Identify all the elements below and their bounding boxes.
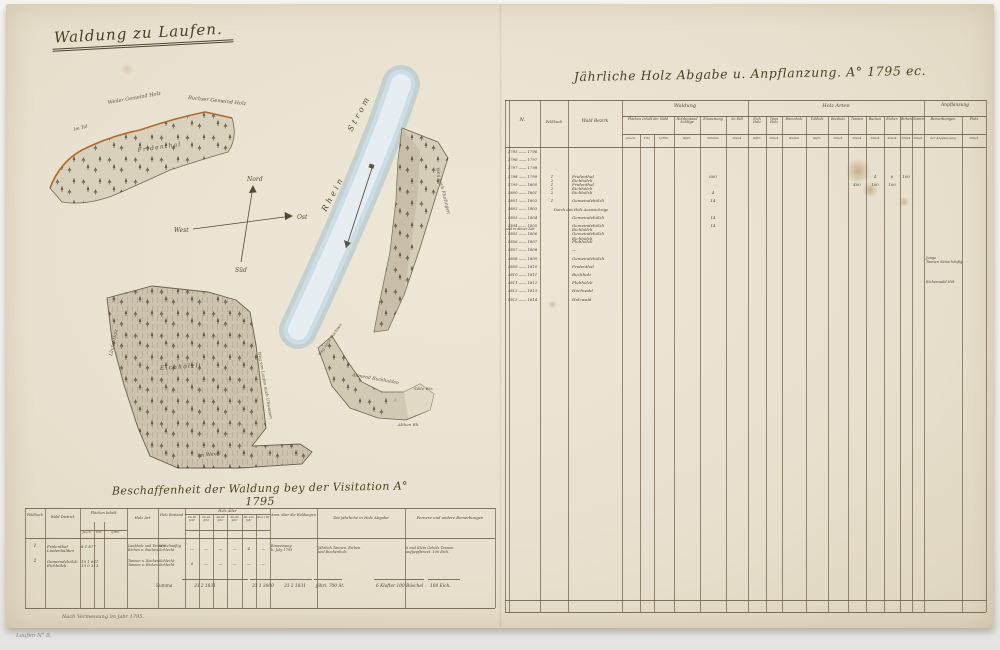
col-header: Die jährliche in Holz Abgabe xyxy=(317,516,405,520)
sub-header: So Fall xyxy=(727,118,747,121)
table-rule xyxy=(726,116,727,612)
sub-header: Tannen xyxy=(849,118,865,121)
unit-header: Jauch. xyxy=(80,531,94,534)
table-rule xyxy=(700,116,701,612)
remark-note: Junge Tannen Säme häufig xyxy=(926,257,960,265)
sub-header: Holzbestand Schläge xyxy=(675,118,699,125)
group-header: Holz Arten xyxy=(748,104,924,110)
value-cell: — xyxy=(213,547,227,551)
district-name: — xyxy=(572,248,622,253)
value-cell: Laubholz und Tannen Eichen u. Buchen xyxy=(128,545,158,553)
scan-background: Strom Rhein Weiler Gemeind Holz Buchser … xyxy=(0,0,1000,650)
value-cell: — xyxy=(256,547,270,551)
district-name: Gemeindehölzli xyxy=(572,257,622,262)
value-cell: — xyxy=(228,562,242,566)
year-range: 1813 —— 1814 xyxy=(506,298,539,302)
sub-header: Einweisung xyxy=(701,118,725,121)
value-cell: 100 xyxy=(866,183,884,187)
unit-header: Klftr. xyxy=(806,137,828,140)
year-range: 1810 —— 1811 xyxy=(506,273,539,277)
col-header: Holz Bestand xyxy=(158,514,185,518)
unit-header: der Anpflanzung xyxy=(925,137,961,140)
year-range: 1800 —— 1801 xyxy=(506,191,539,195)
sum-cell: 33 2 1831 xyxy=(284,585,306,590)
table-rule xyxy=(654,134,655,612)
sub-header: Bemerkungen xyxy=(925,118,961,122)
sub-header: Eichen xyxy=(885,118,899,121)
sub-header: bis 20 Jahr xyxy=(185,516,199,522)
group-header: Holz Alter xyxy=(185,509,270,513)
table-rule xyxy=(766,116,767,612)
value-cell: 14 xyxy=(704,199,722,203)
table-rule xyxy=(505,612,986,613)
sub-header: Birken xyxy=(901,118,911,121)
feldbuch-no: 2 xyxy=(544,191,560,195)
district-name: Fridenthal Lindenhalden xyxy=(47,545,81,554)
table-rule xyxy=(185,508,186,608)
sub-header: 60–80 Jahr xyxy=(228,516,242,522)
table-rule xyxy=(127,508,128,608)
row-note: Durch das Holz Auswüchsige xyxy=(540,208,622,212)
table-rule xyxy=(314,579,342,580)
table-rule xyxy=(270,508,271,608)
table-rule xyxy=(250,579,312,580)
table-rule xyxy=(25,608,495,609)
value-cell: — xyxy=(213,562,227,566)
sum-cell: 6 Klafter 100 Büschel xyxy=(376,585,423,590)
table-rule xyxy=(405,508,406,608)
year-range: 1807 —— 1808 xyxy=(506,248,539,252)
year-range: 1802 —— 1803 xyxy=(506,207,539,211)
table-rule xyxy=(866,116,867,612)
sum-cell: jährl. 700 St. xyxy=(316,585,344,590)
table-rule xyxy=(227,514,228,608)
sub-header: Buchen xyxy=(867,118,883,121)
value-cell: 14 xyxy=(704,224,722,228)
sum-cell: 33 2 1831 xyxy=(194,585,216,590)
year-range: 1799 —— 1800 xyxy=(506,183,539,187)
table-rule xyxy=(806,116,807,612)
value-cell: — xyxy=(256,562,270,566)
sub-header: über 100 xyxy=(256,516,270,519)
table-rule xyxy=(428,579,460,580)
table-rule xyxy=(505,600,986,601)
col-header: Wald Bezirk xyxy=(568,120,622,125)
sub-header: Flächen Inhalt der Wald xyxy=(623,118,673,121)
table-rule xyxy=(782,116,783,612)
year-range: 1806 —— 1807 xyxy=(506,240,539,244)
sum-cell: 33 1 3000 xyxy=(252,585,274,590)
unit-header: Stück xyxy=(848,137,866,140)
remark-note: Eichenwald Höl. xyxy=(926,281,960,285)
feldbuch-no: 1 xyxy=(544,199,560,203)
district-name: Fluhhölzli xyxy=(572,281,622,286)
row-number: 1 xyxy=(27,545,43,550)
sub-header: Reisholz xyxy=(829,118,847,121)
table-rule xyxy=(884,116,885,612)
table-rule xyxy=(540,100,541,612)
district-name: Holzwald xyxy=(572,298,622,303)
district-name: Gemeindehölzli xyxy=(572,199,622,204)
unit-header: Wellen xyxy=(782,137,806,140)
year-range: 1795 —— 1796 xyxy=(506,150,539,154)
value-cell: 100 xyxy=(883,183,901,187)
table-rule xyxy=(25,508,26,608)
unit-header: Stück xyxy=(884,137,900,140)
table-rule xyxy=(828,116,829,612)
value-cell: Mittelmäßig Schlecht xyxy=(159,545,185,553)
table-rule xyxy=(317,508,318,608)
table-rule xyxy=(495,508,496,608)
table-rule xyxy=(374,579,424,580)
year-range: 1796 —— 1797 xyxy=(506,158,539,162)
col-header: Wald District xyxy=(45,516,80,520)
year-range: 1805 —— 1806 xyxy=(506,232,539,236)
value-cell: — xyxy=(199,562,213,566)
table-rule xyxy=(912,116,913,612)
unit-header: Stück xyxy=(828,137,848,140)
year-range: 1809 —— 1810 xyxy=(506,265,539,269)
sub-header: Tobholz xyxy=(807,118,827,121)
value-cell: 14 xyxy=(704,216,722,220)
table-rule xyxy=(158,508,159,608)
table-rule xyxy=(900,116,901,612)
group-header: Anpflanzung xyxy=(924,104,986,109)
district-name: Buchholz xyxy=(572,273,622,278)
value-cell: Tannen u. Buchen Tannen u. Eichen xyxy=(128,560,158,568)
value-cell: 8 1 877 xyxy=(81,545,126,549)
year-range: 1811 —— 1812 xyxy=(506,281,539,285)
sub-header: 80–100 Jahr xyxy=(242,516,256,522)
col-header: Feldbuch xyxy=(25,514,45,518)
unit-header: Stämm xyxy=(700,137,726,140)
value-cell: 6 mal Klein Gehölz Tannen aufgepflanzet.… xyxy=(406,547,494,555)
table-rule xyxy=(640,134,641,612)
col-header: Holz Art xyxy=(127,516,158,520)
col-header: Fernere und andere Bemerkungen xyxy=(405,516,495,520)
table-rule xyxy=(45,508,46,608)
unit-header: Klftr. xyxy=(674,137,700,140)
table-rule xyxy=(182,579,248,580)
value-cell: — xyxy=(228,547,242,551)
sum-cell: Summa xyxy=(156,585,172,590)
district-name: Fridenthal xyxy=(572,265,622,270)
table-rule xyxy=(505,147,986,148)
value-cell: 10 1 641 15 0 313 xyxy=(81,560,126,569)
year-range: 1797 —— 1798 xyxy=(506,166,539,170)
table-rule xyxy=(962,116,963,612)
value-cell: — xyxy=(199,547,213,551)
unit-header: Vrtl. xyxy=(94,531,104,534)
sub-header: Stämm xyxy=(913,118,923,121)
table-rule xyxy=(748,100,749,612)
unit-header: Q.Rth. xyxy=(654,137,674,140)
table-rule xyxy=(80,508,81,608)
table-rule xyxy=(674,116,675,612)
col-header: Anm. über die Waldungen xyxy=(270,514,317,518)
table-rule xyxy=(622,134,986,135)
group-header: Waldung xyxy=(622,104,748,110)
col-header: Feldbuch xyxy=(540,120,568,124)
unit-header: Stück xyxy=(866,137,884,140)
value-cell: — xyxy=(242,562,256,566)
value-cell: 400 xyxy=(848,183,866,187)
sub-header: Tann Holz xyxy=(767,118,781,125)
table-rule xyxy=(505,100,986,101)
col-header: N. xyxy=(505,118,540,124)
district-name: Eichhölzli xyxy=(572,191,622,196)
table-rule xyxy=(256,514,257,608)
value-cell: Einweisung b. July 1795 xyxy=(271,545,316,553)
year-range: 1812 —— 1813 xyxy=(506,289,539,293)
table-rule xyxy=(242,514,243,608)
district-name: Gemeindehölzli Eichhölzli xyxy=(47,560,81,569)
table-rule xyxy=(986,100,987,612)
sub-header: 20–40 Jahr xyxy=(199,516,213,522)
unit-header: Jauch. xyxy=(622,137,640,140)
row-number: 2 xyxy=(27,560,43,565)
year-range: 1798 —— 1799 xyxy=(506,175,539,179)
table-rule xyxy=(213,514,214,608)
unit-header: Klftr. xyxy=(748,137,766,140)
table-rule xyxy=(622,100,623,612)
year-range: 1808 —— 1809 xyxy=(506,257,539,261)
unit-header: Stück xyxy=(726,137,748,140)
unit-header: Stück xyxy=(963,137,985,140)
unit-header: Stück xyxy=(900,137,912,140)
sub-header: Platz xyxy=(963,118,985,122)
value-cell: 600 xyxy=(704,175,722,179)
district-name: Gemeindehölzli xyxy=(572,216,622,221)
sum-cell: 100 Eich. xyxy=(430,585,451,590)
value-cell: — xyxy=(185,547,199,551)
table-rule xyxy=(25,538,495,539)
table-rule xyxy=(568,100,569,612)
district-name: Fluhhölzli xyxy=(572,240,622,245)
col-header: Flächen Inhalt xyxy=(80,512,127,516)
table-rule xyxy=(924,100,925,612)
table-rule xyxy=(848,116,849,612)
value-cell: 4 xyxy=(242,547,256,551)
tables-layer: N.FeldbuchWald BezirkWaldungHolz ArtenAn… xyxy=(0,0,1000,650)
value-cell: 4 xyxy=(704,191,722,195)
year-range: 1801 —— 1802 xyxy=(506,199,539,203)
value-cell: Schlecht Schlecht xyxy=(159,560,185,568)
year-range: 1803 —— 1804 xyxy=(506,216,539,220)
unit-header: Stück xyxy=(912,137,924,140)
table-rule xyxy=(199,514,200,608)
sub-header: Eich Holz xyxy=(749,118,765,125)
unit-header: Vrtl. xyxy=(640,137,654,140)
unit-header: Q.Rth. xyxy=(104,531,127,534)
sub-header: 40–60 Jahr xyxy=(213,516,227,522)
value-cell: Jährlich Tannen, Eichen und Buchenholz xyxy=(318,547,404,555)
value-cell: 6 xyxy=(185,562,199,566)
unit-header: Stück xyxy=(766,137,782,140)
value-cell: 100 xyxy=(897,175,915,179)
value-cell: 4 xyxy=(866,175,884,179)
sub-header: Brennholz xyxy=(783,118,805,121)
district-name: Hochwald xyxy=(572,289,622,294)
